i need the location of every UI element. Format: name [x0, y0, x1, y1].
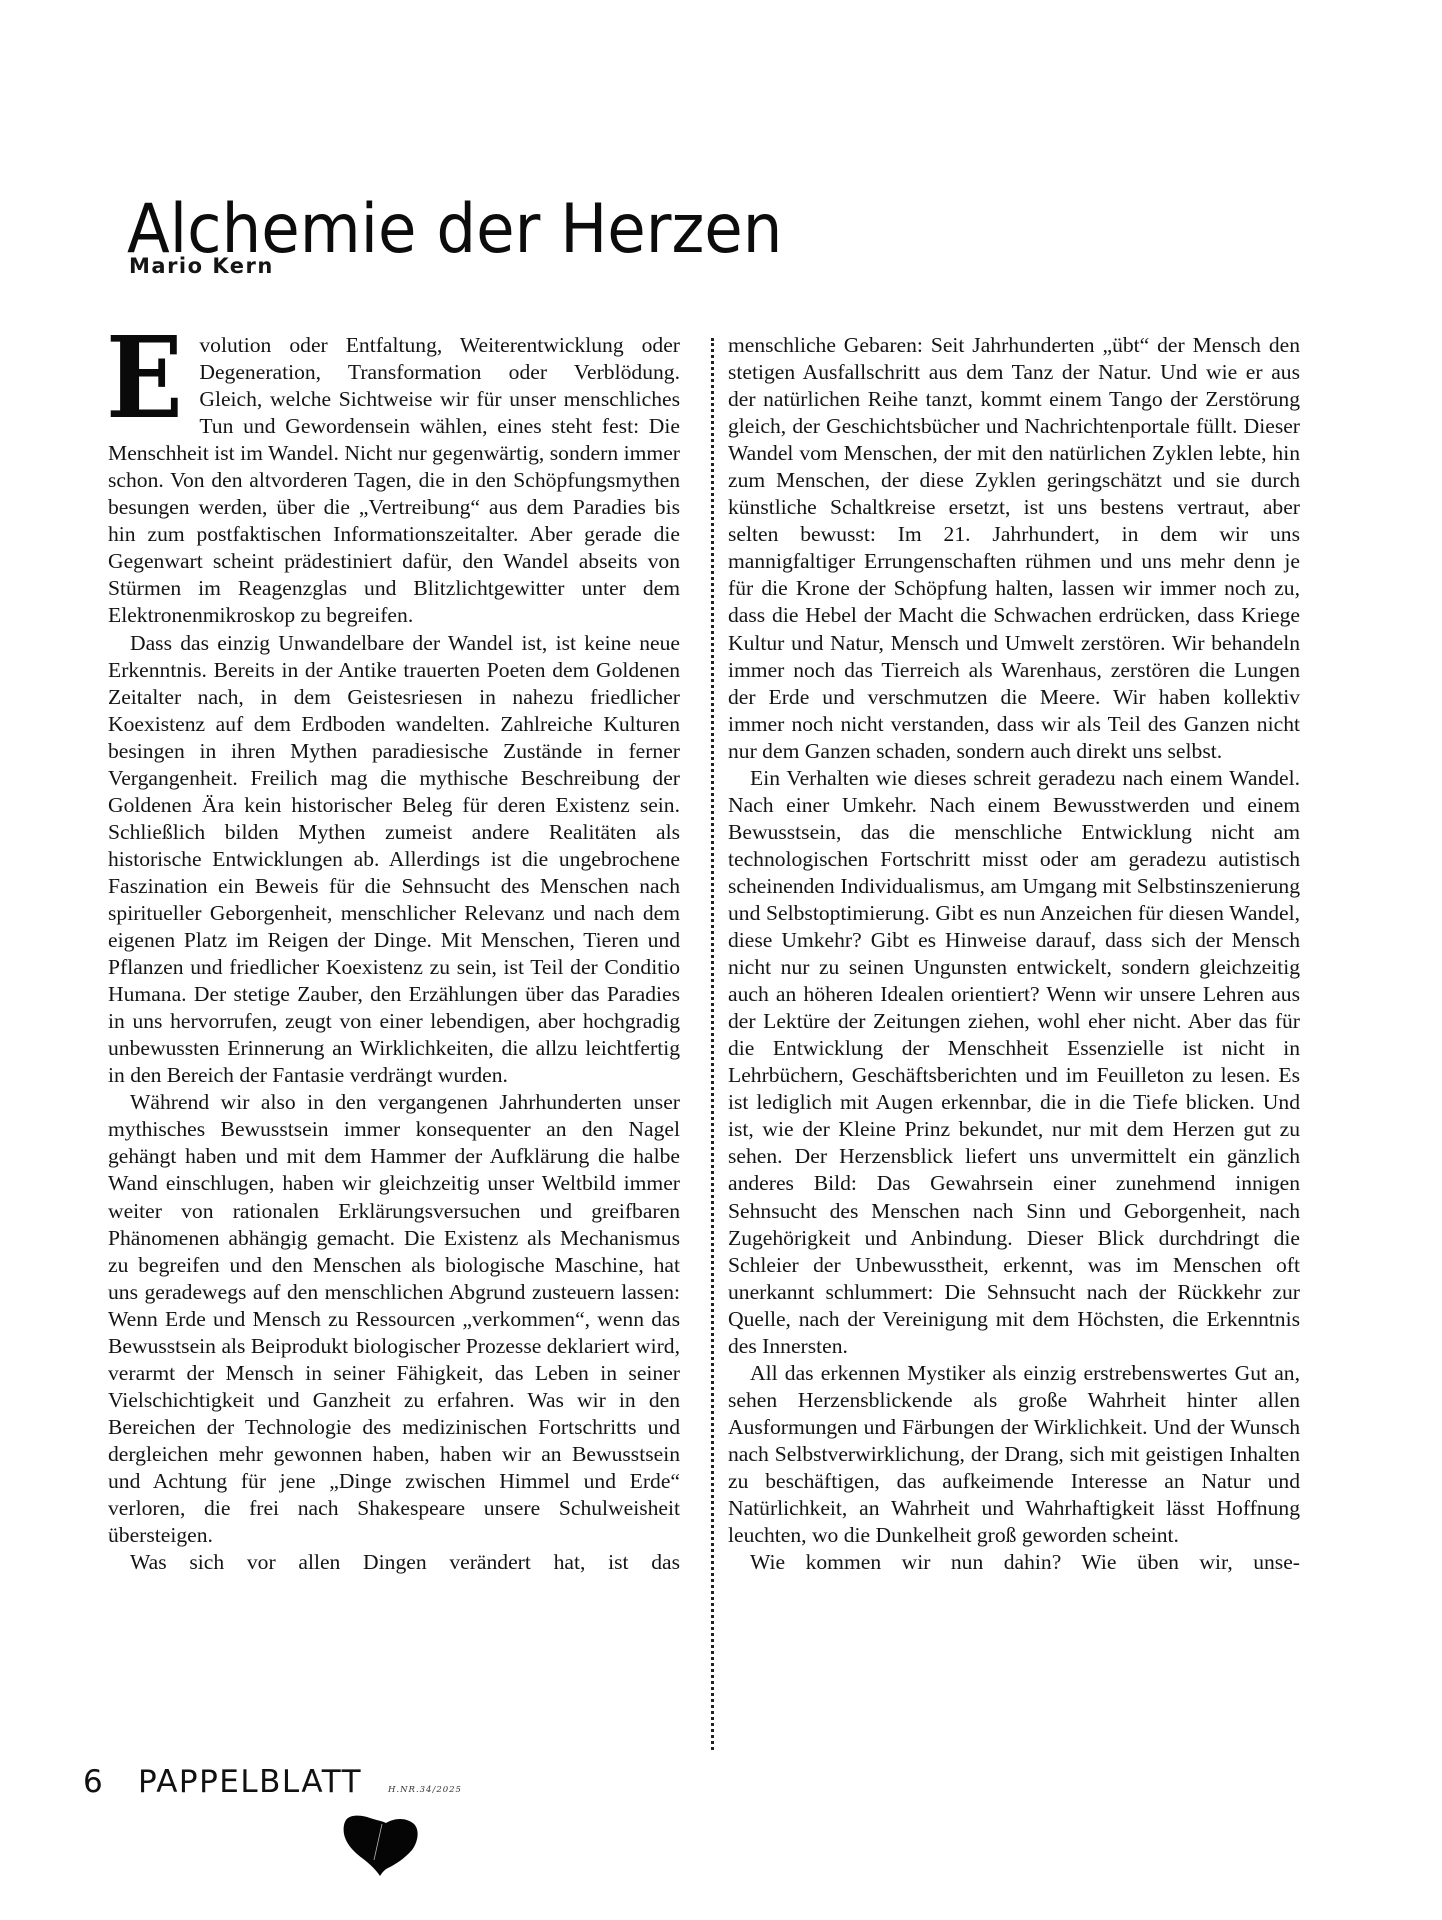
- column-divider: [711, 338, 714, 1750]
- paragraph: Wie kommen wir nun dahin? Wie üben wir, …: [728, 1549, 1300, 1576]
- article-column-right: menschliche Gebaren: Seit Jahrhunderten …: [728, 332, 1300, 1576]
- issue-number: H.NR.34/2025: [388, 1785, 462, 1795]
- paragraph: Während wir also in den vergangenen Jahr…: [108, 1089, 680, 1549]
- article-author: Mario Kern: [129, 256, 274, 277]
- page-number: 6: [83, 1767, 103, 1798]
- heart-icon: [340, 1812, 420, 1878]
- paragraph: Was sich vor allen Dingen verändert hat,…: [108, 1549, 680, 1576]
- magazine-name: PAPPELBLATT: [138, 1767, 362, 1798]
- paragraph: Evolution oder Entfaltung, Weiterentwick…: [108, 332, 680, 630]
- dropcap-letter: E: [106, 338, 183, 420]
- paragraph: menschliche Gebaren: Seit Jahrhunderten …: [728, 332, 1300, 765]
- paragraph: Ein Verhalten wie dieses schreit geradez…: [728, 765, 1300, 1360]
- paragraph: Dass das einzig Unwandelbare der Wandel …: [108, 630, 680, 1090]
- paragraph: All das erkennen Mystiker als einzig ers…: [728, 1360, 1300, 1549]
- article-column-left: Evolution oder Entfaltung, Weiterentwick…: [108, 332, 680, 1576]
